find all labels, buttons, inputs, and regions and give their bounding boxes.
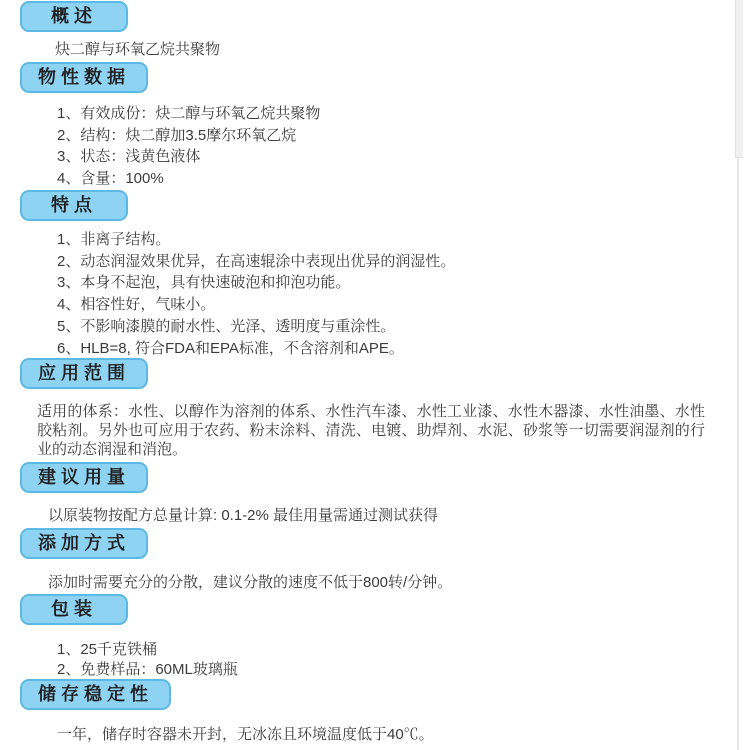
section-content: 添加时需要充分的分散，建议分散的速度不低于800转/分钟。 [20, 572, 719, 594]
list-item: 1、有效成份：炔二醇与环氧乙烷共聚物 [57, 103, 719, 125]
section-content: 以原装物按配方总量计算: 0.1-2% 最佳用量需通过测试获得 [20, 505, 719, 527]
section-features: 特点 1、非离子结构。2、动态润湿效果优异，在高速辊涂中表现出优异的润湿性。3、… [20, 190, 719, 359]
section-content: 1、25千克铁桶2、免费样品：60ML玻璃瓶 [20, 640, 719, 680]
section-content: 适用的体系：水性、以醇作为溶剂的体系、水性汽车漆、水性工业漆、水性木器漆、水性油… [20, 402, 719, 459]
section-packaging: 包装 1、25千克铁桶2、免费样品：60ML玻璃瓶 [20, 594, 719, 680]
list-item: 2、结构：炔二醇加3.5摩尔环氧乙烷 [57, 125, 719, 147]
list-item: 5、不影响漆膜的耐水性、光泽、透明度与重涂性。 [57, 316, 719, 338]
list-item: 3、本身不起泡，具有快速破泡和抑泡功能。 [57, 272, 719, 294]
list-item: 4、含量：100% [57, 168, 719, 190]
text-line: 以原装物按配方总量计算: 0.1-2% 最佳用量需通过测试获得 [48, 505, 719, 527]
list-item: 2、动态润湿效果优异，在高速辊涂中表现出优异的润湿性。 [57, 251, 719, 273]
text-line: 一年，储存时容器未开封，无冰冻且环境温度低于40℃。 [57, 724, 719, 746]
section-storage-stability: 储存稳定性 一年，储存时容器未开封，无冰冻且环境温度低于40℃。 [20, 679, 719, 746]
section-application-range: 应用范围 适用的体系：水性、以醇作为溶剂的体系、水性汽车漆、水性工业漆、水性木器… [20, 358, 719, 459]
section-title-badge: 储存稳定性 [20, 679, 171, 710]
list-item: 1、25千克铁桶 [57, 640, 719, 660]
list-item: 3、状态：浅黄色液体 [57, 146, 719, 168]
section-content: 一年，储存时容器未开封，无冰冻且环境温度低于40℃。 [20, 724, 719, 746]
section-title-badge: 概述 [20, 1, 128, 32]
section-title-badge: 应用范围 [20, 358, 148, 389]
scrollbar-thumb[interactable] [735, 0, 743, 158]
section-content: 1、非离子结构。2、动态润湿效果优异，在高速辊涂中表现出优异的润湿性。3、本身不… [20, 229, 719, 359]
document-page: 概述 炔二醇与环氧乙烷共聚物 物性数据 1、有效成份：炔二醇与环氧乙烷共聚物2、… [0, 0, 745, 750]
section-title-badge: 包装 [20, 594, 128, 625]
text-line: 适用的体系：水性、以醇作为溶剂的体系、水性汽车漆、水性工业漆、水性木器漆、水性油… [37, 402, 705, 459]
section-title-badge: 物性数据 [20, 62, 148, 93]
section-addition-method: 添加方式 添加时需要充分的分散，建议分散的速度不低于800转/分钟。 [20, 528, 719, 594]
section-title-badge: 特点 [20, 190, 128, 221]
section-content: 1、有效成份：炔二醇与环氧乙烷共聚物2、结构：炔二醇加3.5摩尔环氧乙烷3、状态… [20, 103, 719, 190]
list-item: 4、相容性好，气味小。 [57, 294, 719, 316]
section-suggested-dosage: 建议用量 以原装物按配方总量计算: 0.1-2% 最佳用量需通过测试获得 [20, 462, 719, 527]
text-line: 炔二醇与环氧乙烷共聚物 [55, 39, 719, 61]
section-content: 炔二醇与环氧乙烷共聚物 [20, 39, 719, 61]
section-physical-data: 物性数据 1、有效成份：炔二醇与环氧乙烷共聚物2、结构：炔二醇加3.5摩尔环氧乙… [20, 62, 719, 190]
text-line: 添加时需要充分的分散，建议分散的速度不低于800转/分钟。 [48, 572, 719, 594]
section-title-badge: 建议用量 [20, 462, 148, 493]
list-item: 2、免费样品：60ML玻璃瓶 [57, 660, 719, 680]
section-overview: 概述 炔二醇与环氧乙烷共聚物 [20, 1, 719, 61]
list-item: 1、非离子结构。 [57, 229, 719, 251]
section-title-badge: 添加方式 [20, 528, 148, 559]
list-item: 6、HLB=8, 符合FDA和EPA标准，不含溶剂和APE。 [57, 338, 719, 360]
